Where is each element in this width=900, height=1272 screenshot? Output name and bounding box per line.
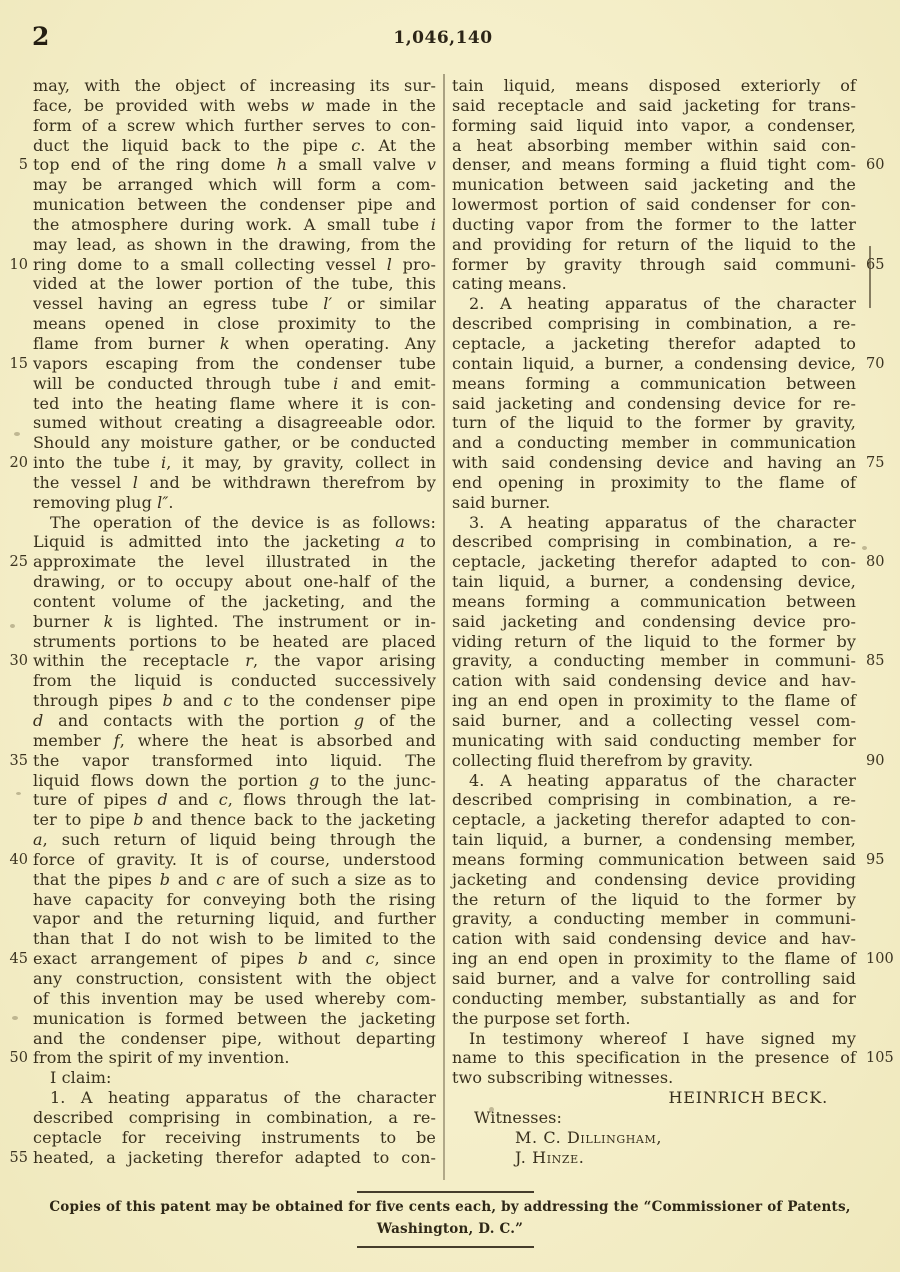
line-text: that the pipes b and c are of such a siz… [33,870,436,890]
line-text: said jacketing and condensing device for… [452,394,856,414]
line-text: J. Hinze. [452,1148,856,1168]
line-text: and providing for return of the liquid t… [452,235,856,255]
line-text: collecting fluid therefrom by gravity. [452,751,856,771]
text-line: form of a screw which further serves to … [33,116,436,136]
line-text: former by gravity through said communi- [452,255,856,275]
line-text: municating with said conducting member f… [452,731,856,751]
text-line: 5top end of the ring dome h a small valv… [33,155,436,175]
text-column-right: tain liquid, means disposed exteriorly o… [452,76,856,1167]
text-line: 45exact arrangement of pipes b and c, si… [33,949,436,969]
line-text: ceptacle for receiving instruments to be [33,1128,436,1148]
scan-speck [16,792,21,795]
line-text: and the condenser pipe, without departin… [33,1029,436,1049]
text-line: 75with said condensing device and having… [452,453,856,473]
text-line: jacketing and condensing device providin… [452,870,856,890]
line-text: burner k is lighted. The instrument or i… [33,612,436,632]
line-text: force of gravity. It is of course, under… [33,850,436,870]
line-text: liquid flows down the portion g to the j… [33,771,436,791]
line-text: turn of the liquid to the former by grav… [452,413,856,433]
text-line: the vessel l and be withdrawn therefrom … [33,473,436,493]
text-line: 55heated, a jacketing therefor adapted t… [33,1148,436,1168]
text-line: than that I do not wish to be limited to… [33,929,436,949]
text-line: described comprising in combination, a r… [33,1108,436,1128]
line-text: 2. A heating apparatus of the character [452,294,856,314]
line-number: 55 [3,1149,28,1169]
line-text: 4. A heating apparatus of the character [452,771,856,791]
text-line: munication between said jacketing and th… [452,175,856,195]
line-text: vessel having an egress tube l′ or simil… [33,294,436,314]
line-text: may lead, as shown in the drawing, from … [33,235,436,255]
text-line: lowermost portion of said condenser for … [452,195,856,215]
text-line: munication between the condenser pipe an… [33,195,436,215]
scan-speck [10,624,15,628]
line-text: munication between said jacketing and th… [452,175,856,195]
text-line: content volume of the jacketing, and the [33,592,436,612]
scan-speck [12,1016,18,1020]
line-text: In testimony whereof I have signed my [452,1029,856,1049]
line-text: content volume of the jacketing, and the [33,592,436,612]
text-line: cation with said condensing device and h… [452,671,856,691]
text-line: may, with the object of increasing its s… [33,76,436,96]
line-text: said receptacle and said jacketing for t… [452,96,856,116]
text-line: ceptacle, a jacketing therefor adapted t… [452,334,856,354]
line-text: removing plug l″. [33,493,436,513]
line-text: ture of pipes d and c, flows through the… [33,790,436,810]
line-number: 50 [3,1049,28,1069]
text-line: 30within the receptacle r, the vapor ari… [33,651,436,671]
text-line: said burner, and a collecting vessel com… [452,711,856,731]
patent-number: 1,046,140 [0,28,886,48]
line-text: Witnesses: [452,1108,856,1128]
text-line: ter to pipe b and thence back to the jac… [33,810,436,830]
line-text: end opening in proximity to the flame of [452,473,856,493]
text-line: said burner. [452,493,856,513]
text-line: forming said liquid into vapor, a conden… [452,116,856,136]
text-line: 90collecting fluid therefrom by gravity. [452,751,856,771]
text-line: 3. A heating apparatus of the character [452,513,856,533]
line-text: d and contacts with the portion g of the [33,711,436,731]
line-number: 40 [3,851,28,871]
line-text: said burner. [452,493,856,513]
line-text: the vessel l and be withdrawn therefrom … [33,473,436,493]
line-text: munication is formed between the jacketi… [33,1009,436,1029]
line-number: 20 [3,454,28,474]
line-text: jacketing and condensing device providin… [452,870,856,890]
text-line: 100ing an end open in proximity to the f… [452,949,856,969]
line-number: 90 [866,752,900,772]
footer-notice-line2: Washington, D. C.” [0,1221,900,1237]
line-text: of this invention may be used whereby co… [33,989,436,1009]
text-line: J. Hinze. [452,1148,856,1168]
line-number: 100 [866,950,900,970]
text-line: means opened in close proximity to the [33,314,436,334]
text-line: Liquid is admitted into the jacketing a … [33,532,436,552]
line-number: 5 [3,156,28,176]
text-line: tain liquid, a burner, a condensing memb… [452,830,856,850]
line-text: The operation of the device is as follow… [33,513,436,533]
line-text: face, be provided with webs w made in th… [33,96,436,116]
text-line: the atmosphere during work. A small tube… [33,215,436,235]
text-line: 2. A heating apparatus of the character [452,294,856,314]
line-text: conducting member, substantially as and … [452,989,856,1009]
line-text: Should any moisture gather, or be conduc… [33,433,436,453]
text-line: 10ring dome to a small collecting vessel… [33,255,436,275]
line-text: ter to pipe b and thence back to the jac… [33,810,436,830]
text-line: cating means. [452,274,856,294]
text-line: 85gravity, a conducting member in commun… [452,651,856,671]
text-line: and the condenser pipe, without departin… [33,1029,436,1049]
text-line: tain liquid, means disposed exteriorly o… [452,76,856,96]
text-line: means forming a communication between [452,374,856,394]
text-line: M. C. Dillingham, [452,1128,856,1148]
text-line: 95means forming communication between sa… [452,850,856,870]
line-text: duct the liquid back to the pipe c. At t… [33,136,436,156]
line-text: contain liquid, a burner, a condensing d… [452,354,856,374]
line-text: means opened in close proximity to the [33,314,436,334]
footer-notice-line1: Copies of this patent may be obtained fo… [0,1199,900,1215]
line-text: means forming a communication between [452,592,856,612]
line-text: within the receptacle r, the vapor arisi… [33,651,436,671]
line-text: from the spirit of my invention. [33,1048,436,1068]
line-text: cation with said condensing device and h… [452,671,856,691]
line-text: vapors escaping from the condenser tube [33,354,436,374]
line-number: 15 [3,355,28,375]
line-text: described comprising in combination, a r… [33,1108,436,1128]
text-line: the purpose set forth. [452,1009,856,1029]
line-text: said jacketing and condensing device pro… [452,612,856,632]
text-line: described comprising in combination, a r… [452,790,856,810]
line-text: vided at the lower portion of the tube, … [33,274,436,294]
text-line: that the pipes b and c are of such a siz… [33,870,436,890]
text-line: have capacity for conveying both the ris… [33,890,436,910]
line-text: tain liquid, a burner, a condensing devi… [452,572,856,592]
line-text: ing an end open in proximity to the flam… [452,949,856,969]
line-text: two subscribing witnesses. [452,1068,856,1088]
text-line: 60denser, and means forming a fluid tigh… [452,155,856,175]
scan-speck [14,432,20,436]
line-text: gravity, a conducting member in communi- [452,651,856,671]
line-text: described comprising in combination, a r… [452,790,856,810]
text-line: ing an end open in proximity to the flam… [452,691,856,711]
line-text: from the liquid is conducted successivel… [33,671,436,691]
text-line: two subscribing witnesses. [452,1068,856,1088]
text-line: of this invention may be used whereby co… [33,989,436,1009]
line-number: 30 [3,652,28,672]
text-line: means forming a communication between [452,592,856,612]
text-line: face, be provided with webs w made in th… [33,96,436,116]
line-text: form of a screw which further serves to … [33,116,436,136]
line-text: than that I do not wish to be limited to… [33,929,436,949]
line-text: may, with the object of increasing its s… [33,76,436,96]
text-line: 50from the spirit of my invention. [33,1048,436,1068]
text-line: member f, where the heat is absorbed and [33,731,436,751]
line-text: have capacity for conveying both the ris… [33,890,436,910]
line-text: any construction, consistent with the ob… [33,969,436,989]
text-line: removing plug l″. [33,493,436,513]
line-text: tain liquid, a burner, a condensing memb… [452,830,856,850]
text-line: said receptacle and said jacketing for t… [452,96,856,116]
line-text: ted into the heating flame where it is c… [33,394,436,414]
text-line: duct the liquid back to the pipe c. At t… [33,136,436,156]
text-line: tain liquid, a burner, a condensing devi… [452,572,856,592]
text-line: 25approximate the level illustrated in t… [33,552,436,572]
text-line: 35the vapor transformed into liquid. The [33,751,436,771]
line-number: 105 [866,1049,900,1069]
line-number: 45 [3,950,28,970]
text-line: vapor and the returning liquid, and furt… [33,909,436,929]
line-text: the atmosphere during work. A small tube… [33,215,436,235]
text-line: a heat absorbing member within said con- [452,136,856,156]
footer-top-rule [357,1191,534,1193]
text-line: struments portions to be heated are plac… [33,632,436,652]
line-text: ceptacle, jacketing therefor adapted to … [452,552,856,572]
text-line: 4. A heating apparatus of the character [452,771,856,791]
line-text: into the tube i, it may, by gravity, col… [33,453,436,473]
text-line: gravity, a conducting member in communi- [452,909,856,929]
line-text: ing an end open in proximity to the flam… [452,691,856,711]
line-text: the return of the liquid to the former b… [452,890,856,910]
text-line: vessel having an egress tube l′ or simil… [33,294,436,314]
line-text: tain liquid, means disposed exteriorly o… [452,76,856,96]
line-number: 75 [866,454,900,474]
text-line: 70contain liquid, a burner, a condensing… [452,354,856,374]
line-number: 65 [866,256,900,276]
line-text: approximate the level illustrated in the [33,552,436,572]
line-number: 70 [866,355,900,375]
text-line: and a conducting member in communication [452,433,856,453]
text-line: said burner, and a valve for controlling… [452,969,856,989]
text-line: 15vapors escaping from the condenser tub… [33,354,436,374]
line-text: forming said liquid into vapor, a conden… [452,116,856,136]
text-line: Should any moisture gather, or be conduc… [33,433,436,453]
text-line: munication is formed between the jacketi… [33,1009,436,1029]
text-line: the return of the liquid to the former b… [452,890,856,910]
line-text: cation with said condensing device and h… [452,929,856,949]
line-text: Liquid is admitted into the jacketing a … [33,532,436,552]
line-text: and a conducting member in communication [452,433,856,453]
line-text: heated, a jacketing therefor adapted to … [33,1148,436,1168]
line-text: struments portions to be heated are plac… [33,632,436,652]
text-line: from the liquid is conducted successivel… [33,671,436,691]
text-line: conducting member, substantially as and … [452,989,856,1009]
line-number: 80 [866,553,900,573]
text-line: HEINRICH BECK. [452,1088,856,1108]
text-line: municating with said conducting member f… [452,731,856,751]
text-line: through pipes b and c to the condenser p… [33,691,436,711]
line-number: 25 [3,553,28,573]
line-text: described comprising in combination, a r… [452,314,856,334]
text-line: In testimony whereof I have signed my [452,1029,856,1049]
text-line: ceptacle for receiving instruments to be [33,1128,436,1148]
line-text: said burner, and a collecting vessel com… [452,711,856,731]
text-line: ted into the heating flame where it is c… [33,394,436,414]
line-text: M. C. Dillingham, [452,1128,856,1148]
line-text: exact arrangement of pipes b and c, sinc… [33,949,436,969]
text-line: described comprising in combination, a r… [452,314,856,334]
line-text: ceptacle, a jacketing therefor adapted t… [452,810,856,830]
line-text: top end of the ring dome h a small valve… [33,155,436,175]
line-text: will be conducted through tube i and emi… [33,374,436,394]
scan-speck [862,546,867,550]
line-text: ducting vapor from the former to the lat… [452,215,856,235]
text-line: turn of the liquid to the former by grav… [452,413,856,433]
line-text: flame from burner k when operating. Any [33,334,436,354]
line-number: 35 [3,752,28,772]
text-line: ture of pipes d and c, flows through the… [33,790,436,810]
line-text: cating means. [452,274,856,294]
line-text: denser, and means forming a fluid tight … [452,155,856,175]
line-number: 60 [866,156,900,176]
line-text: name to this specification in the presen… [452,1048,856,1068]
text-line: d and contacts with the portion g of the [33,711,436,731]
text-line: sumed without creating a disagreeable od… [33,413,436,433]
text-column-left: may, with the object of increasing its s… [33,76,436,1167]
line-text: ceptacle, a jacketing therefor adapted t… [452,334,856,354]
text-line: said jacketing and condensing device for… [452,394,856,414]
line-text: lowermost portion of said condenser for … [452,195,856,215]
text-line: and providing for return of the liquid t… [452,235,856,255]
column-divider-rule [443,74,445,1180]
line-text: ring dome to a small collecting vessel l… [33,255,436,275]
footer-bottom-rule [357,1246,534,1248]
patent-page: { "header": { "page_number": "2", "paten… [0,0,900,1272]
line-text: I claim: [33,1068,436,1088]
text-line: may lead, as shown in the drawing, from … [33,235,436,255]
text-line: 20into the tube i, it may, by gravity, c… [33,453,436,473]
line-number: 10 [3,256,28,276]
line-text: viding return of the liquid to the forme… [452,632,856,652]
line-text: through pipes b and c to the condenser p… [33,691,436,711]
text-line: ducting vapor from the former to the lat… [452,215,856,235]
text-line: any construction, consistent with the ob… [33,969,436,989]
ink-streak-artifact [869,246,871,308]
text-line: described comprising in combination, a r… [452,532,856,552]
line-text: 1. A heating apparatus of the character [33,1088,436,1108]
line-text: described comprising in combination, a r… [452,532,856,552]
text-line: may be arranged which will form a com- [33,175,436,195]
text-line: viding return of the liquid to the forme… [452,632,856,652]
text-line: drawing, or to occupy about one-half of … [33,572,436,592]
text-line: 40force of gravity. It is of course, und… [33,850,436,870]
text-line: vided at the lower portion of the tube, … [33,274,436,294]
line-text: munication between the condenser pipe an… [33,195,436,215]
line-text: a, such return of liquid being through t… [33,830,436,850]
text-line: will be conducted through tube i and emi… [33,374,436,394]
line-text: the vapor transformed into liquid. The [33,751,436,771]
text-line: 1. A heating apparatus of the character [33,1088,436,1108]
text-line: flame from burner k when operating. Any [33,334,436,354]
text-line: I claim: [33,1068,436,1088]
line-text: drawing, or to occupy about one-half of … [33,572,436,592]
line-text: gravity, a conducting member in communi- [452,909,856,929]
text-line: 105name to this specification in the pre… [452,1048,856,1068]
text-line: 80ceptacle, jacketing therefor adapted t… [452,552,856,572]
line-text: HEINRICH BECK. [452,1088,856,1108]
line-text: means forming communication between said [452,850,856,870]
line-text: 3. A heating apparatus of the character [452,513,856,533]
line-text: may be arranged which will form a com- [33,175,436,195]
text-line: a, such return of liquid being through t… [33,830,436,850]
line-text: means forming a communication between [452,374,856,394]
text-line: liquid flows down the portion g to the j… [33,771,436,791]
text-line: burner k is lighted. The instrument or i… [33,612,436,632]
line-text: the purpose set forth. [452,1009,856,1029]
line-text: with said condensing device and having a… [452,453,856,473]
text-line: The operation of the device is as follow… [33,513,436,533]
line-text: vapor and the returning liquid, and furt… [33,909,436,929]
text-line: Witnesses: [452,1108,856,1128]
line-text: sumed without creating a disagreeable od… [33,413,436,433]
line-number: 95 [866,851,900,871]
scan-speck [489,1107,494,1112]
text-line: said jacketing and condensing device pro… [452,612,856,632]
line-text: said burner, and a valve for controlling… [452,969,856,989]
line-text: a heat absorbing member within said con- [452,136,856,156]
line-number: 85 [866,652,900,672]
text-line: ceptacle, a jacketing therefor adapted t… [452,810,856,830]
line-text: member f, where the heat is absorbed and [33,731,436,751]
text-line: 65former by gravity through said communi… [452,255,856,275]
text-line: end opening in proximity to the flame of [452,473,856,493]
text-line: cation with said condensing device and h… [452,929,856,949]
